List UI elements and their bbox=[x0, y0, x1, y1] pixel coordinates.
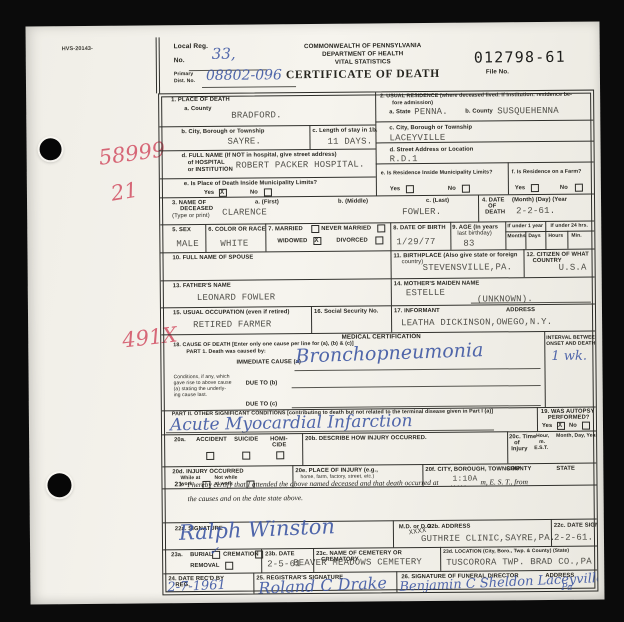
checkbox-no bbox=[575, 184, 583, 192]
grid-line bbox=[309, 125, 310, 149]
checkbox-never-married bbox=[377, 224, 385, 232]
yes-label: Yes bbox=[390, 186, 400, 193]
field-2a-value: PENNA. bbox=[414, 107, 448, 117]
field-9-label-2: last birthday) bbox=[457, 230, 492, 237]
local-reg-value: 33, bbox=[212, 45, 236, 63]
physician-signature: Ralph Winston bbox=[178, 514, 335, 545]
certificate-paper: HVS-20143- 58999 21 491X Local Reg. No. … bbox=[25, 22, 604, 605]
grid-line bbox=[508, 162, 509, 194]
field-22b-label: 22b. ADDRESS bbox=[428, 524, 471, 531]
primary-dist-value: 08802-096 bbox=[206, 67, 282, 84]
field-12-label-2: COUNTRY bbox=[533, 258, 562, 265]
field-5-value: MALE bbox=[176, 239, 198, 249]
field-4-value: 2-2-61. bbox=[516, 206, 555, 216]
field-11-value: STEVENSVILLE,PA. bbox=[423, 262, 513, 273]
field-1b-value: SAYRE. bbox=[227, 136, 261, 146]
checkbox-married bbox=[311, 225, 319, 233]
field-2b-value: SUSQUEHENNA bbox=[497, 106, 559, 117]
field-14-value: ESTELLE bbox=[406, 288, 445, 298]
grid-line bbox=[440, 547, 441, 571]
field-17-value: LEATHA DICKINSON,OWEGO,N.Y. bbox=[401, 317, 552, 328]
checkbox-no bbox=[264, 188, 272, 196]
grid-line bbox=[390, 222, 391, 250]
certify-text-3: the causes and on the date state above. bbox=[188, 493, 303, 503]
no-label: No bbox=[448, 186, 456, 193]
field-4-label-3: DEATH bbox=[485, 209, 505, 216]
field-14-label: 14. MOTHER'S MAIDEN NAME bbox=[394, 281, 480, 288]
checkbox-yes bbox=[406, 185, 414, 193]
field-6-value: WHITE bbox=[220, 239, 248, 249]
field-3-label-2: DECEASED bbox=[180, 206, 213, 213]
local-reg-no-label: No. bbox=[174, 57, 185, 64]
month-day-year-label: Month, Day, Year bbox=[556, 434, 597, 440]
local-reg-label: Local Reg. bbox=[174, 43, 208, 51]
grid-line bbox=[375, 92, 377, 195]
grid-line bbox=[253, 573, 254, 594]
field-1-label: 1. PLACE OF DEATH bbox=[171, 97, 230, 104]
grid-line bbox=[302, 433, 303, 465]
address-label: ADDRESS bbox=[506, 307, 535, 314]
grid-line bbox=[311, 306, 312, 333]
grid-line bbox=[375, 120, 593, 123]
field-1d-value: ROBERT PACKER HOSPITAL. bbox=[236, 160, 365, 171]
field-2e-label: e. Is Residence Inside Municipality Limi… bbox=[381, 170, 493, 177]
field-7-never-label: NEVER MARRIED bbox=[321, 226, 371, 233]
suicide-label: SUICIDE bbox=[234, 436, 258, 443]
months-label: Months bbox=[507, 234, 525, 240]
checkbox-divorced bbox=[375, 236, 383, 244]
certificate-title: CERTIFICATE OF DEATH bbox=[280, 68, 446, 82]
field-3b-label: b. (Middle) bbox=[338, 199, 368, 206]
field-8-label: 8. DATE OF BIRTH bbox=[393, 225, 445, 232]
field-1c-value: 11 DAYS. bbox=[327, 136, 372, 146]
field-23b-label: 23b. DATE bbox=[265, 551, 295, 558]
field-7-widowed-label: WIDOWED bbox=[277, 238, 307, 245]
field-2b-label: b. County bbox=[465, 108, 493, 115]
checkbox-no bbox=[462, 185, 470, 193]
field-2c-label: c. City, Borough or Township bbox=[389, 125, 472, 132]
primary-label: Primary bbox=[174, 72, 193, 78]
field-13-label: 13. FATHER'S NAME bbox=[173, 283, 231, 290]
grid-line bbox=[478, 195, 479, 222]
underline bbox=[202, 86, 296, 88]
x-mark: X bbox=[314, 236, 318, 244]
grid-line bbox=[393, 520, 394, 547]
field-3-label-3: (Type or print) bbox=[172, 213, 210, 220]
field-2c-value: LACEYVILLE bbox=[389, 133, 445, 143]
field-23c-value: BEAVER MEADOWS CEMETERY bbox=[293, 557, 422, 568]
funeral-director-signature-2: Pa bbox=[561, 583, 572, 593]
field-2a-label: a. State bbox=[389, 109, 410, 116]
field-20a-label: 20a. bbox=[174, 437, 186, 444]
immediate-cause-label: IMMEDIATE CAUSE (a) bbox=[236, 359, 301, 366]
field-1d-label: d. FULL NAME (If NOT in hospital, give s… bbox=[182, 152, 337, 160]
hours-label: Hours bbox=[548, 234, 563, 240]
field-22b-value: GUTHRIE CLINIC,SAYRE,PA. bbox=[421, 533, 556, 544]
field-11-label-2: country) bbox=[402, 259, 424, 266]
field-1d-label-3: or INSTITUTION bbox=[188, 167, 233, 174]
yes-label: Yes bbox=[204, 190, 214, 197]
grid-line bbox=[523, 249, 524, 277]
field-23a-label: 23a. bbox=[171, 552, 183, 559]
x-mark: X bbox=[220, 188, 224, 196]
field-22c-label: 22c. DATE SIGNED bbox=[554, 522, 599, 529]
form-stock-number: HVS-20143- bbox=[62, 46, 93, 52]
accident-label: ACCIDENT bbox=[196, 437, 227, 444]
yes-label: Yes bbox=[542, 423, 552, 430]
grid-line bbox=[567, 231, 568, 249]
checkbox-suicide bbox=[242, 452, 250, 460]
field-2d-label: d. Street Address or Location bbox=[390, 147, 474, 154]
grid-line bbox=[396, 571, 397, 592]
conditions-note-4: ing cause last. bbox=[174, 393, 208, 399]
field-1d-label-2: of HOSPITAL bbox=[188, 160, 225, 167]
field-23d-label: 23d. LOCATION (City, Boro., Twp. & Count… bbox=[443, 549, 569, 556]
checkbox-homicide bbox=[276, 451, 284, 459]
scan-background: HVS-20143- 58999 21 491X Local Reg. No. … bbox=[0, 0, 624, 622]
no-label: No bbox=[569, 423, 577, 430]
min-label: Min. bbox=[571, 234, 581, 240]
grid-line bbox=[537, 407, 538, 431]
field-15-label: 15. USUAL OCCUPATION (even if retired) bbox=[173, 309, 290, 317]
field-8-value: 1/29/77 bbox=[396, 237, 435, 247]
due-to-b-label: DUE TO (b) bbox=[246, 380, 278, 387]
field-9-value: 83 bbox=[463, 239, 474, 249]
punch-hole-bottom bbox=[47, 473, 71, 497]
days-label: Days bbox=[528, 234, 540, 240]
header-divider bbox=[156, 37, 160, 93]
grid-line bbox=[391, 278, 392, 305]
punch-hole-top bbox=[39, 138, 61, 160]
interval-value: 1 wk. bbox=[551, 349, 587, 364]
dist-no-label: Dist. No. bbox=[174, 79, 195, 85]
x-mark: X bbox=[558, 421, 562, 429]
checkbox-removal bbox=[225, 562, 233, 570]
certify-text-1: I hereby certify that I attended the abo… bbox=[187, 478, 438, 489]
field-1b-label: b. City, Borough or Township bbox=[181, 128, 264, 135]
underline bbox=[294, 368, 540, 371]
underline bbox=[292, 385, 541, 388]
state-label: STATE bbox=[556, 466, 575, 473]
field-16-label: 16. Social Security No. bbox=[314, 308, 379, 315]
certificate-form: 1. PLACE OF DEATH a. County BRADFORD. b.… bbox=[158, 90, 598, 596]
due-to-c-label: DUE TO (c) bbox=[246, 401, 278, 408]
margin-note: 58999 bbox=[97, 137, 166, 170]
file-no-label: File No. bbox=[486, 69, 509, 76]
cremation-label: CREMATION bbox=[223, 552, 259, 559]
grid-line bbox=[161, 277, 595, 282]
certify-text-2: m, E. S. T., from bbox=[480, 477, 528, 486]
checkbox-autopsy-no bbox=[582, 422, 590, 430]
bureau-line: VITAL STATISTICS bbox=[288, 59, 438, 67]
field-7-married-label: 7. MARRIED bbox=[268, 226, 303, 233]
field-6-label: 6. COLOR OR RACE bbox=[208, 226, 265, 233]
yes-label: Yes bbox=[515, 185, 525, 192]
field-12-value: U.S.A bbox=[559, 263, 587, 273]
burial-check-mark: ✓ bbox=[209, 544, 219, 558]
field-3a-value: CLARENCE bbox=[222, 207, 267, 217]
field-1c-label: c. Length of stay in 1b. bbox=[312, 127, 377, 134]
field-17-label: 17. INFORMANT bbox=[394, 308, 440, 315]
field-2d-value: R.D.1 bbox=[390, 154, 418, 164]
field-21-number: 21. bbox=[174, 481, 184, 488]
under-24-hrs-label: If under 24 hrs. bbox=[546, 224, 592, 230]
field-5-label: 5. SEX bbox=[172, 227, 191, 234]
field-13-value: LEONARD FOWLER bbox=[197, 292, 276, 303]
grid-line bbox=[390, 250, 391, 278]
field-20b-label: 20b. DESCRIBE HOW INJURY OCCURRED. bbox=[305, 435, 427, 443]
field-19-label-2: PERFORMED? bbox=[548, 415, 590, 422]
interval-label-2: ONSET AND DEATH bbox=[546, 342, 593, 348]
field-1a-label: a. County bbox=[184, 106, 211, 113]
checkbox-yes-checked: X bbox=[219, 189, 227, 197]
field-3c-label: c. (Last) bbox=[426, 198, 449, 205]
margin-note: 21 bbox=[109, 178, 139, 206]
under-1-year-label: If under 1 year bbox=[506, 224, 544, 230]
field-4-columns: (Month) (Day) (Year bbox=[512, 197, 567, 204]
field-10-label: 10. FULL NAME OF SPOUSE bbox=[172, 255, 253, 262]
grid-line bbox=[160, 148, 376, 151]
grid-line bbox=[205, 224, 206, 252]
checkbox-widowed-checked: X bbox=[313, 237, 321, 245]
date-received-value: 2-7-1961 bbox=[167, 578, 226, 596]
field-15-value: RETIRED FARMER bbox=[193, 319, 272, 330]
field-7-divorced-label: DIVORCED bbox=[336, 238, 367, 245]
field-3c-value: FOWLER. bbox=[402, 207, 441, 217]
homicide-label-2: CIDE bbox=[272, 442, 286, 449]
grid-line bbox=[391, 305, 392, 332]
no-label: No bbox=[250, 189, 258, 196]
field-1a-value: BRADFORD. bbox=[231, 110, 282, 120]
grid-line bbox=[160, 176, 376, 179]
checkbox-cremation bbox=[255, 550, 263, 558]
part-1-label: PART 1. Death was caused by: bbox=[186, 349, 266, 356]
field-20c-label-3: Injury bbox=[511, 446, 527, 453]
checkbox-yes bbox=[531, 184, 539, 192]
field-23d-value: TUSCORORA TWP. BRAD CO.,PA bbox=[446, 557, 592, 568]
time-of-death-value: 1:10A bbox=[452, 475, 477, 484]
checkbox-autopsy-yes-checked: X bbox=[557, 422, 565, 430]
county-label: COUNTY bbox=[506, 466, 531, 473]
no-label: No bbox=[560, 185, 568, 192]
field-3a-label: a. (First) bbox=[255, 199, 279, 206]
checkbox-accident bbox=[206, 452, 214, 460]
file-number-stamp: 012798-61 bbox=[474, 48, 566, 67]
est-label: E.S.T. bbox=[534, 446, 548, 452]
removal-label: REMOVAL bbox=[190, 563, 219, 570]
field-2f-label: f. Is Residence on a Farm? bbox=[512, 170, 582, 177]
field-22c-value: 2-2-61. bbox=[554, 533, 593, 543]
field-1e-label: e. Is Place of Death Inside Municipality… bbox=[184, 180, 317, 188]
